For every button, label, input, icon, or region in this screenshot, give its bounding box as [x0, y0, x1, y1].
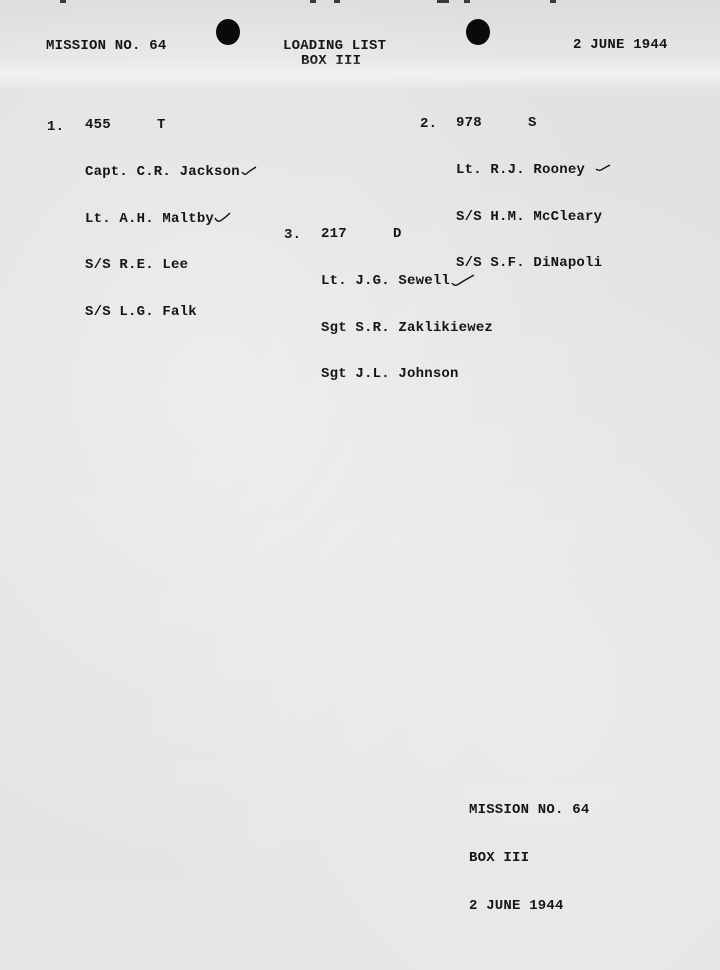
crew-aircraft-letter: S: [528, 115, 537, 131]
crew-member-name: Lt. A.H. Maltby: [85, 211, 214, 227]
handwritten-check-icon: [214, 212, 232, 224]
top-edge-marks: [0, 0, 720, 6]
crew-member-list: Capt. C.R. Jackson Lt. A.H. Maltby S/S R…: [85, 133, 258, 351]
document-page: MISSION NO. 64 LOADING LIST BOX III 2 JU…: [0, 0, 720, 970]
punch-hole-right: [466, 19, 490, 45]
punch-hole-left: [216, 19, 240, 45]
crew-member-name: Lt. J.G. Sewell: [321, 273, 450, 289]
crew-member-name: Capt. C.R. Jackson: [85, 164, 240, 180]
header-date: 2 JUNE 1944: [573, 37, 668, 53]
crew-aircraft-letter: T: [157, 117, 166, 133]
crew-index: 1.: [47, 119, 64, 135]
footer-box: BOX III: [469, 851, 589, 867]
header-title: LOADING LIST: [283, 38, 386, 54]
footer-date: 2 JUNE 1944: [469, 899, 589, 915]
footer-stamp: MISSION NO. 64 BOX III 2 JUNE 1944: [469, 771, 589, 947]
crew-member: Lt. A.H. Maltby: [85, 212, 258, 227]
crew-member-list: Lt. J.G. Sewell Sgt S.R. Zaklikiewez Sgt…: [321, 242, 493, 414]
header-mission-number: MISSION NO. 64: [46, 38, 166, 54]
crew-member: Sgt J.L. Johnson: [321, 367, 493, 382]
crew-member: Lt. J.G. Sewell: [321, 274, 493, 289]
crew-index: 2.: [420, 116, 437, 132]
header-box: BOX III: [301, 53, 361, 69]
crew-member-name: Lt. R.J. Rooney: [456, 162, 585, 178]
crew-aircraft-number: 978: [456, 115, 482, 131]
crew-aircraft-letter: D: [393, 226, 402, 242]
footer-mission-number: MISSION NO. 64: [469, 803, 589, 819]
crew-aircraft-number: 217: [321, 226, 347, 242]
crew-member: S/S R.E. Lee: [85, 258, 258, 273]
crew-member: Capt. C.R. Jackson: [85, 165, 258, 180]
crew-aircraft-number: 455: [85, 117, 111, 133]
crew-member: Sgt S.R. Zaklikiewez: [321, 321, 493, 336]
crew-index: 3.: [284, 227, 301, 243]
crew-member: S/S H.M. McCleary: [456, 210, 612, 225]
handwritten-check-icon: [240, 165, 258, 177]
crew-member: S/S L.G. Falk: [85, 305, 258, 320]
handwritten-check-icon: [450, 274, 476, 286]
crew-member: Lt. R.J. Rooney: [456, 163, 612, 178]
handwritten-check-icon: [594, 163, 612, 175]
